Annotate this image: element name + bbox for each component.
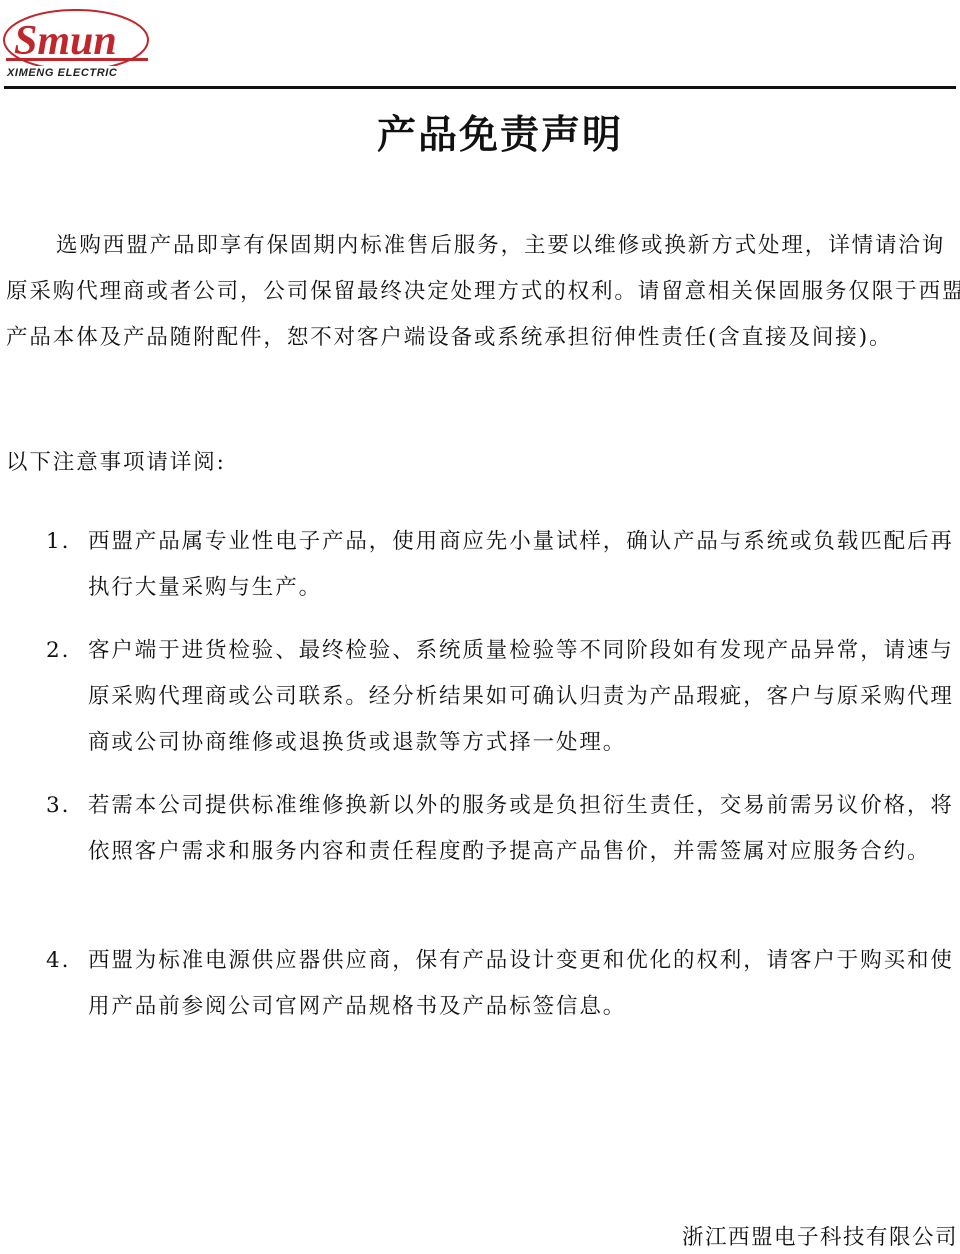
notice-heading: 以下注意事项请详阅:	[6, 440, 960, 486]
logo-text: Smun	[14, 18, 117, 64]
list-item-number: 2.	[46, 628, 70, 674]
header-divider	[4, 86, 956, 89]
list-item-text: 西盟产品属专业性电子产品，使用商应先小量试样，确认产品与系统或负载匹配后再执行大…	[88, 519, 960, 611]
logo-subtext: XIMENG ELECTRIC	[7, 67, 117, 79]
company-logo: Smun XIMENG ELECTRIC	[2, 4, 152, 80]
logo-emblem-icon: Smun	[2, 4, 152, 66]
list-item-number: 3.	[46, 783, 70, 829]
footer-company-name: 浙江西盟电子科技有限公司	[682, 1220, 958, 1251]
list-item-text: 西盟为标准电源供应器供应商，保有产品设计变更和优化的权利，请客户于购买和使用产品…	[88, 938, 960, 1030]
list-item-text: 客户端于进货检验、最终检验、系统质量检验等不同阶段如有发现产品异常，请速与原采购…	[88, 628, 960, 766]
page-title: 产品免责声明	[0, 104, 960, 160]
list-item-text: 若需本公司提供标准维修换新以外的服务或是负担衍生责任，交易前需另议价格，将依照客…	[88, 783, 960, 875]
list-item-number: 4.	[46, 938, 70, 984]
intro-paragraph: 选购西盟产品即享有保固期内标准售后服务，主要以维修或换新方式处理，详情请洽询原采…	[6, 223, 960, 361]
list-item-number: 1.	[46, 519, 70, 565]
